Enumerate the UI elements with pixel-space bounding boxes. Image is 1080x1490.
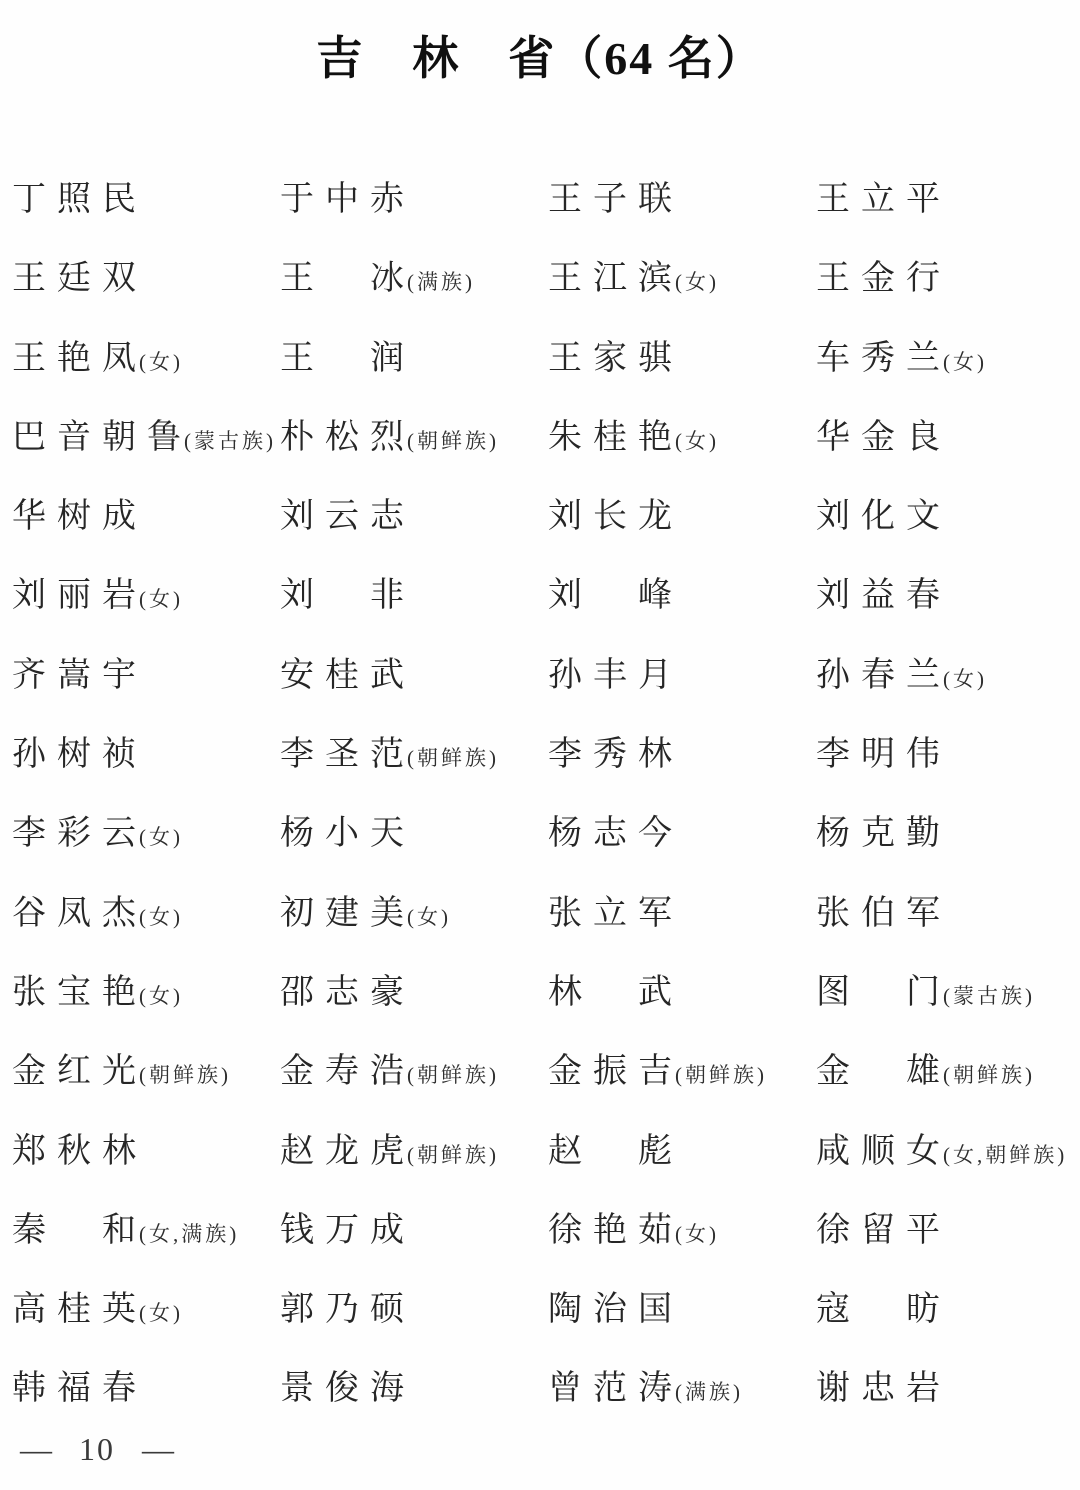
person-name: 车秀兰 bbox=[816, 340, 951, 377]
gender-ethnicity-note: (朝鲜族) bbox=[139, 1063, 231, 1087]
person-name: 秦 和 bbox=[12, 1212, 147, 1249]
person-name: 张立军 bbox=[548, 895, 683, 932]
roster-entry: 图 门(蒙古族) bbox=[816, 973, 1074, 1052]
person-name: 杨志今 bbox=[548, 815, 683, 852]
roster-entry: 车秀兰(女) bbox=[816, 339, 1074, 418]
person-name: 咸顺女 bbox=[816, 1133, 951, 1170]
roster-entry: 李彩云(女) bbox=[12, 814, 280, 893]
roster-entry: 华金良 bbox=[816, 418, 1074, 497]
roster-entry: 王家骐 bbox=[548, 339, 816, 418]
roster-entry: 巴音朝鲁(蒙古族) bbox=[12, 418, 280, 497]
person-name: 于中赤 bbox=[280, 181, 415, 218]
gender-ethnicity-note: (女) bbox=[139, 1301, 183, 1325]
footer-left-dash: — bbox=[20, 1431, 52, 1468]
person-name: 谷凤杰 bbox=[12, 895, 147, 932]
person-name: 王家骐 bbox=[548, 340, 683, 377]
gender-ethnicity-note: (朝鲜族) bbox=[407, 746, 499, 770]
roster-entry: 王艳凤(女) bbox=[12, 339, 280, 418]
person-name: 韩福春 bbox=[12, 1370, 147, 1407]
roster-entry: 徐艳茹(女) bbox=[548, 1211, 816, 1290]
person-name: 刘云志 bbox=[280, 498, 415, 535]
page-title: 吉 林 省（64 名） bbox=[0, 22, 1080, 88]
roster-entry: 金寿浩(朝鲜族) bbox=[280, 1052, 548, 1131]
person-name: 华金良 bbox=[816, 419, 951, 456]
document-page: 吉 林 省（64 名） 丁照民于中赤王子联王立平王廷双王 冰(满族)王江滨(女)… bbox=[0, 0, 1080, 1490]
person-name: 孙丰月 bbox=[548, 657, 683, 694]
person-name: 谢忠岩 bbox=[816, 1370, 951, 1407]
roster-entry: 高桂英(女) bbox=[12, 1290, 280, 1369]
roster-entry: 刘化文 bbox=[816, 497, 1074, 576]
roster-entry: 谢忠岩 bbox=[816, 1369, 1074, 1448]
roster-entry: 赵龙虎(朝鲜族) bbox=[280, 1132, 548, 1211]
person-name: 郭乃硕 bbox=[280, 1291, 415, 1328]
roster-entry: 王子联 bbox=[548, 180, 816, 259]
person-name: 初建美 bbox=[280, 895, 415, 932]
gender-ethnicity-note: (女) bbox=[407, 905, 451, 929]
roster-entry: 李圣范(朝鲜族) bbox=[280, 735, 548, 814]
roster-entry: 刘 非 bbox=[280, 576, 548, 655]
person-name: 朱桂艳 bbox=[548, 419, 683, 456]
roster-entry: 王金行 bbox=[816, 259, 1074, 338]
gender-ethnicity-note: (女) bbox=[139, 984, 183, 1008]
person-name: 徐留平 bbox=[816, 1212, 951, 1249]
roster-entry: 王 冰(满族) bbox=[280, 259, 548, 338]
roster-entry: 邵志豪 bbox=[280, 973, 548, 1052]
gender-ethnicity-note: (朝鲜族) bbox=[407, 1143, 499, 1167]
roster-entry: 张宝艳(女) bbox=[12, 973, 280, 1052]
person-name: 钱万成 bbox=[280, 1212, 415, 1249]
person-name: 郑秋林 bbox=[12, 1133, 147, 1170]
roster-entry: 杨克勤 bbox=[816, 814, 1074, 893]
roster-entry: 曾范涛(满族) bbox=[548, 1369, 816, 1448]
person-name: 金寿浩 bbox=[280, 1053, 415, 1090]
roster-entry: 杨小天 bbox=[280, 814, 548, 893]
roster-entry: 刘丽岩(女) bbox=[12, 576, 280, 655]
roster-entry: 刘云志 bbox=[280, 497, 548, 576]
person-name: 张伯军 bbox=[816, 895, 951, 932]
person-name: 安桂武 bbox=[280, 657, 415, 694]
roster-entry: 金 雄(朝鲜族) bbox=[816, 1052, 1074, 1131]
gender-ethnicity-note: (蒙古族) bbox=[943, 984, 1035, 1008]
person-name: 寇 昉 bbox=[816, 1291, 951, 1328]
person-name: 刘 非 bbox=[280, 577, 415, 614]
roster-entry: 孙春兰(女) bbox=[816, 656, 1074, 735]
roster-entry: 赵 彪 bbox=[548, 1132, 816, 1211]
person-name: 邵志豪 bbox=[280, 974, 415, 1011]
person-name: 丁照民 bbox=[12, 181, 147, 218]
roster-entry: 寇 昉 bbox=[816, 1290, 1074, 1369]
gender-ethnicity-note: (女,满族) bbox=[139, 1222, 239, 1246]
person-name: 图 门 bbox=[816, 974, 951, 1011]
person-name: 刘化文 bbox=[816, 498, 951, 535]
gender-ethnicity-note: (女) bbox=[943, 350, 987, 374]
person-name: 林 武 bbox=[548, 974, 683, 1011]
gender-ethnicity-note: (女) bbox=[139, 905, 183, 929]
person-name: 陶治国 bbox=[548, 1291, 683, 1328]
roster-entry: 刘益春 bbox=[816, 576, 1074, 655]
gender-ethnicity-note: (女) bbox=[675, 270, 719, 294]
roster-entry: 于中赤 bbox=[280, 180, 548, 259]
roster-entry: 林 武 bbox=[548, 973, 816, 1052]
roster-entry: 李明伟 bbox=[816, 735, 1074, 814]
gender-ethnicity-note: (朝鲜族) bbox=[407, 1063, 499, 1087]
roster-entry: 王廷双 bbox=[12, 259, 280, 338]
person-name: 张宝艳 bbox=[12, 974, 147, 1011]
gender-ethnicity-note: (朝鲜族) bbox=[407, 429, 499, 453]
roster-entry: 华树成 bbox=[12, 497, 280, 576]
person-name: 刘 峰 bbox=[548, 577, 683, 614]
person-name: 赵 彪 bbox=[548, 1133, 683, 1170]
person-name: 李秀林 bbox=[548, 736, 683, 773]
roster-entry: 谷凤杰(女) bbox=[12, 894, 280, 973]
gender-ethnicity-note: (女) bbox=[139, 350, 183, 374]
person-name: 孙春兰 bbox=[816, 657, 951, 694]
roster-entry: 秦 和(女,满族) bbox=[12, 1211, 280, 1290]
person-name: 王立平 bbox=[816, 181, 951, 218]
gender-ethnicity-note: (女) bbox=[943, 667, 987, 691]
person-name: 朴松烈 bbox=[280, 419, 415, 456]
roster-entry: 朱桂艳(女) bbox=[548, 418, 816, 497]
person-name: 杨小天 bbox=[280, 815, 415, 852]
page-number: 10 bbox=[79, 1431, 115, 1468]
roster-entry: 孙树祯 bbox=[12, 735, 280, 814]
gender-ethnicity-note: (女) bbox=[139, 587, 183, 611]
person-name: 高桂英 bbox=[12, 1291, 147, 1328]
person-name: 王艳凤 bbox=[12, 340, 147, 377]
roster-entry: 陶治国 bbox=[548, 1290, 816, 1369]
person-name: 王 冰 bbox=[280, 260, 415, 297]
gender-ethnicity-note: (满族) bbox=[407, 270, 475, 294]
person-name: 金 雄 bbox=[816, 1053, 951, 1090]
roster-entry: 李秀林 bbox=[548, 735, 816, 814]
roster-entry: 杨志今 bbox=[548, 814, 816, 893]
person-name: 王子联 bbox=[548, 181, 683, 218]
person-name: 赵龙虎 bbox=[280, 1133, 415, 1170]
person-name: 曾范涛 bbox=[548, 1370, 683, 1407]
person-name: 巴音朝鲁 bbox=[12, 419, 192, 456]
roster-entry: 王 润 bbox=[280, 339, 548, 418]
gender-ethnicity-note: (女) bbox=[139, 825, 183, 849]
person-name: 王廷双 bbox=[12, 260, 147, 297]
gender-ethnicity-note: (满族) bbox=[675, 1380, 743, 1404]
roster-entry: 刘长龙 bbox=[548, 497, 816, 576]
person-name: 杨克勤 bbox=[816, 815, 951, 852]
person-name: 景俊海 bbox=[280, 1370, 415, 1407]
roster-entry: 金红光(朝鲜族) bbox=[12, 1052, 280, 1131]
roster-entry: 徐留平 bbox=[816, 1211, 1074, 1290]
person-name: 孙树祯 bbox=[12, 736, 147, 773]
gender-ethnicity-note: (女) bbox=[675, 1222, 719, 1246]
roster-entry: 初建美(女) bbox=[280, 894, 548, 973]
gender-ethnicity-note: (朝鲜族) bbox=[675, 1063, 767, 1087]
roster-entry: 金振吉(朝鲜族) bbox=[548, 1052, 816, 1131]
person-name: 华树成 bbox=[12, 498, 147, 535]
gender-ethnicity-note: (蒙古族) bbox=[184, 429, 276, 453]
person-name: 李圣范 bbox=[280, 736, 415, 773]
footer-right-dash: — bbox=[142, 1431, 174, 1468]
person-name: 李彩云 bbox=[12, 815, 147, 852]
person-name: 李明伟 bbox=[816, 736, 951, 773]
roster-entry: 孙丰月 bbox=[548, 656, 816, 735]
roster-entry: 朴松烈(朝鲜族) bbox=[280, 418, 548, 497]
person-name: 徐艳茹 bbox=[548, 1212, 683, 1249]
gender-ethnicity-note: (女) bbox=[675, 429, 719, 453]
roster-entry: 王立平 bbox=[816, 180, 1074, 259]
person-name: 金红光 bbox=[12, 1053, 147, 1090]
person-name: 刘益春 bbox=[816, 577, 951, 614]
gender-ethnicity-note: (女,朝鲜族) bbox=[943, 1143, 1067, 1167]
roster-entry: 丁照民 bbox=[12, 180, 280, 259]
roster-entry: 齐嵩宇 bbox=[12, 656, 280, 735]
page-footer: — 10 — bbox=[20, 1431, 174, 1468]
roster-entry: 王江滨(女) bbox=[548, 259, 816, 338]
person-name: 王金行 bbox=[816, 260, 951, 297]
person-name: 齐嵩宇 bbox=[12, 657, 147, 694]
roster-grid: 丁照民于中赤王子联王立平王廷双王 冰(满族)王江滨(女)王金行王艳凤(女)王 润… bbox=[12, 180, 1074, 1449]
roster-entry: 张立军 bbox=[548, 894, 816, 973]
roster-entry: 咸顺女(女,朝鲜族) bbox=[816, 1132, 1074, 1211]
roster-entry: 安桂武 bbox=[280, 656, 548, 735]
person-name: 王 润 bbox=[280, 340, 415, 377]
person-name: 王江滨 bbox=[548, 260, 683, 297]
roster-entry: 钱万成 bbox=[280, 1211, 548, 1290]
roster-entry: 张伯军 bbox=[816, 894, 1074, 973]
person-name: 金振吉 bbox=[548, 1053, 683, 1090]
roster-entry: 郭乃硕 bbox=[280, 1290, 548, 1369]
gender-ethnicity-note: (朝鲜族) bbox=[943, 1063, 1035, 1087]
roster-entry: 郑秋林 bbox=[12, 1132, 280, 1211]
person-name: 刘丽岩 bbox=[12, 577, 147, 614]
roster-entry: 刘 峰 bbox=[548, 576, 816, 655]
roster-entry: 景俊海 bbox=[280, 1369, 548, 1448]
person-name: 刘长龙 bbox=[548, 498, 683, 535]
